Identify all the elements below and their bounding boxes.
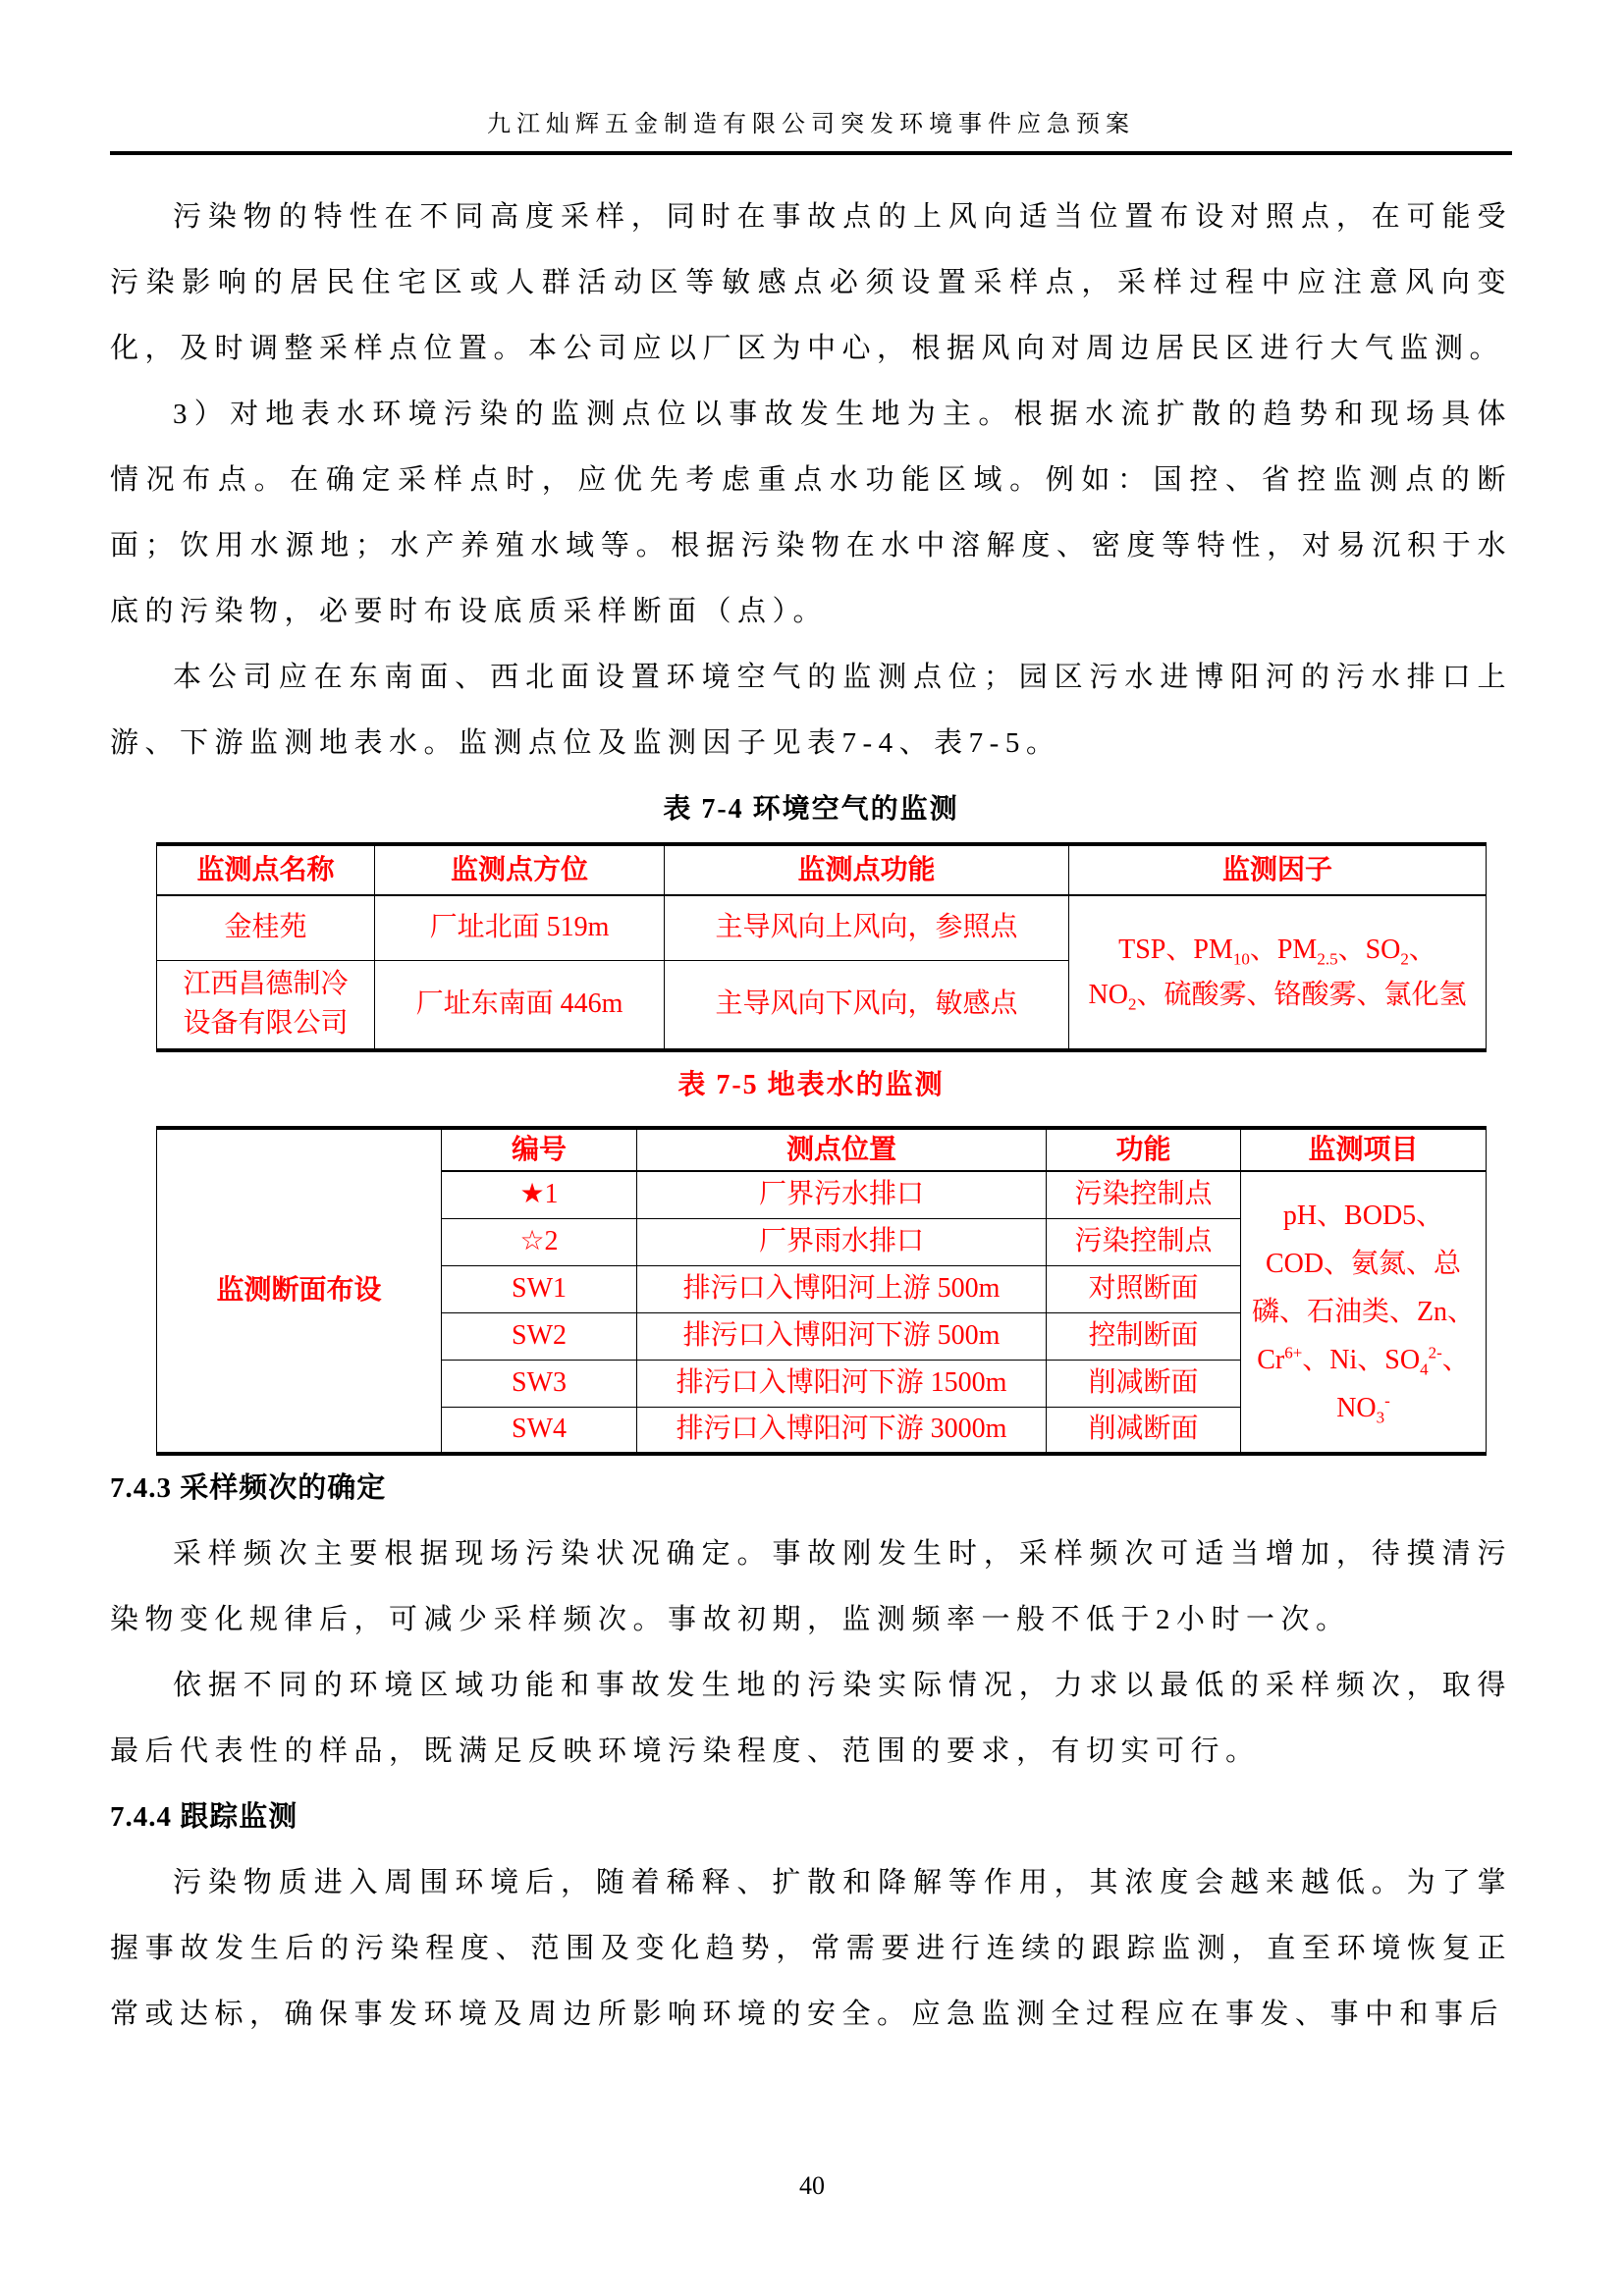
- heading-7-4-3: 7.4.3 采样频次的确定: [110, 1456, 1512, 1522]
- t75-cell-id-5: SW3: [442, 1360, 637, 1407]
- page-footer: 40: [0, 2171, 1624, 2201]
- t74-cell-function-2: 主导风向下风向，敏感点: [665, 960, 1069, 1050]
- paragraph-sampling-frequency-2: 依据不同的环境区域功能和事故发生地的污染实际情况，力求以最低的采样频次，取得最后…: [110, 1653, 1512, 1785]
- t75-cell-location-6: 排污口入博阳河下游 3000m: [637, 1407, 1047, 1454]
- paragraph-tracking-monitoring: 污染物质进入周围环境后，随着稀释、扩散和降解等作用，其浓度会越来越低。为了掌握事…: [110, 1850, 1512, 2048]
- document-page: 九江灿辉五金制造有限公司突发环境事件应急预案 污染物的特性在不同高度采样，同时在…: [0, 0, 1624, 2296]
- table-air-monitoring: 监测点名称 监测点方位 监测点功能 监测因子 金桂苑 厂址北面 519m 主导风…: [156, 842, 1487, 1052]
- t75-cell-id-4: SW2: [442, 1312, 637, 1360]
- t75-cell-function-6: 削减断面: [1047, 1407, 1241, 1454]
- t75-cell-id-2: ☆2: [442, 1218, 637, 1265]
- table75-caption: 表 7-5 地表水的监测: [110, 1052, 1512, 1118]
- table74-row-1: 金桂苑 厂址北面 519m 主导风向上风向，参照点 TSP、PM10、PM2.5…: [157, 895, 1487, 960]
- t74-cell-function-1: 主导风向上风向，参照点: [665, 895, 1069, 960]
- t74-header-factors: 监测因子: [1069, 844, 1487, 895]
- t75-section-label: 监测断面布设: [157, 1128, 442, 1454]
- t75-cell-id-1: ★1: [442, 1171, 637, 1218]
- t75-cell-id-3: SW1: [442, 1265, 637, 1312]
- t74-cell-factors: TSP、PM10、PM2.5、SO2、NO2、硫酸雾、铬酸雾、氯化氢: [1069, 895, 1487, 1050]
- t75-header-items: 监测项目: [1241, 1128, 1487, 1171]
- t75-cell-function-5: 削减断面: [1047, 1360, 1241, 1407]
- t75-cell-location-1: 厂界污水排口: [637, 1171, 1047, 1218]
- heading-7-4-4: 7.4.4 跟踪监测: [110, 1785, 1512, 1850]
- table74-header-row: 监测点名称 监测点方位 监测点功能 监测因子: [157, 844, 1487, 895]
- table74-caption: 表 7-4 环境空气的监测: [110, 776, 1512, 842]
- t75-header-id: 编号: [442, 1128, 637, 1171]
- table-surface-water-monitoring: 监测断面布设 编号 测点位置 功能 监测项目 ★1 厂界污水排口 污染控制点 p…: [156, 1126, 1487, 1456]
- t75-cell-location-5: 排污口入博阳河下游 1500m: [637, 1360, 1047, 1407]
- page-header: 九江灿辉五金制造有限公司突发环境事件应急预案: [110, 0, 1512, 155]
- t75-header-function: 功能: [1047, 1128, 1241, 1171]
- t75-header-location: 测点位置: [637, 1128, 1047, 1171]
- t75-cell-function-2: 污染控制点: [1047, 1218, 1241, 1265]
- t74-header-point-name: 监测点名称: [157, 844, 375, 895]
- t74-cell-direction-1: 厂址北面 519m: [375, 895, 665, 960]
- table75-header-row: 监测断面布设 编号 测点位置 功能 监测项目: [157, 1128, 1487, 1171]
- t75-cell-function-4: 控制断面: [1047, 1312, 1241, 1360]
- t75-cell-items: pH、BOD5、COD、氨氮、总磷、石油类、Zn、Cr6+、Ni、SO42-、N…: [1241, 1171, 1487, 1454]
- t74-header-point-function: 监测点功能: [665, 844, 1069, 895]
- paragraph-sampling-heights: 污染物的特性在不同高度采样，同时在事故点的上风向适当位置布设对照点，在可能受污染…: [110, 185, 1512, 382]
- t74-cell-name-1: 金桂苑: [157, 895, 375, 960]
- paragraph-monitoring-locations: 本公司应在东南面、西北面设置环境空气的监测点位；园区污水进博阳河的污水排口上游、…: [110, 645, 1512, 776]
- document-title: 九江灿辉五金制造有限公司突发环境事件应急预案: [110, 110, 1512, 139]
- t75-cell-location-2: 厂界雨水排口: [637, 1218, 1047, 1265]
- paragraph-surface-water-points: 3）对地表水环境污染的监测点位以事故发生地为主。根据水流扩散的趋势和现场具体情况…: [110, 382, 1512, 645]
- page-body: 污染物的特性在不同高度采样，同时在事故点的上风向适当位置布设对照点，在可能受污染…: [110, 185, 1512, 2048]
- t74-header-point-direction: 监测点方位: [375, 844, 665, 895]
- t75-cell-location-3: 排污口入博阳河上游 500m: [637, 1265, 1047, 1312]
- t75-cell-function-1: 污染控制点: [1047, 1171, 1241, 1218]
- t74-cell-name-2: 江西昌德制冷设备有限公司: [157, 960, 375, 1050]
- t75-cell-function-3: 对照断面: [1047, 1265, 1241, 1312]
- t75-cell-location-4: 排污口入博阳河下游 500m: [637, 1312, 1047, 1360]
- t75-cell-id-6: SW4: [442, 1407, 637, 1454]
- page-number: 40: [799, 2171, 825, 2200]
- t74-cell-direction-2: 厂址东南面 446m: [375, 960, 665, 1050]
- paragraph-sampling-frequency-1: 采样频次主要根据现场污染状况确定。事故刚发生时，采样频次可适当增加，待摸清污染物…: [110, 1522, 1512, 1653]
